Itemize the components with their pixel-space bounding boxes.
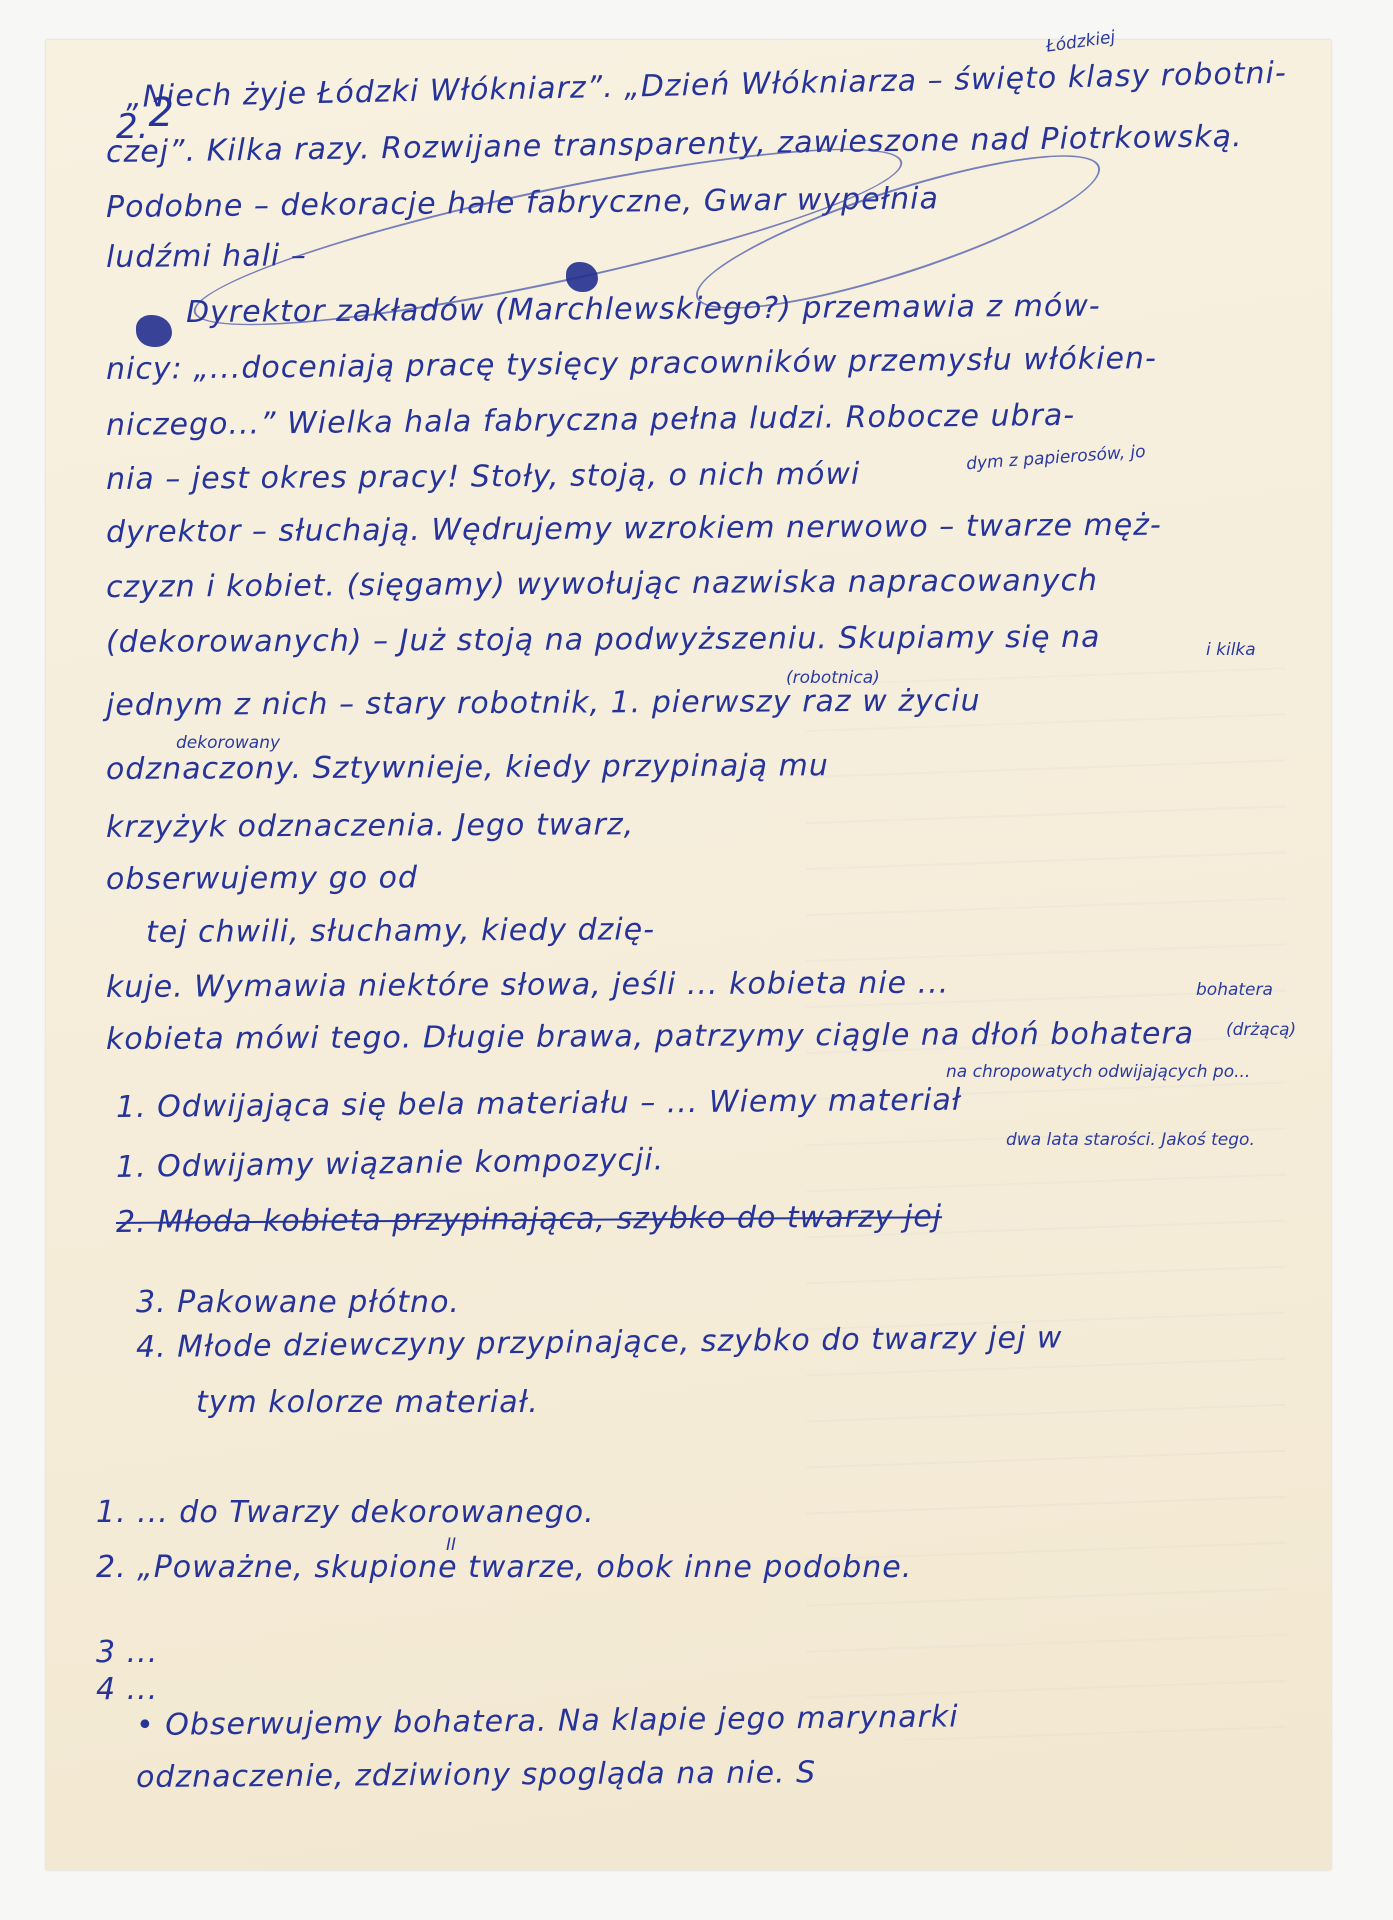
- annotation-insertion: na chropowatych odwijających po...: [946, 1062, 1250, 1082]
- manuscript-line-14: krzyżyk odznaczenia. Jego twarz,: [106, 807, 634, 845]
- manuscript-line-19: 1. Odwijająca się bela materiału – ... W…: [116, 1083, 962, 1125]
- manuscript-line-21: 2. Młoda kobieta przypinająca, szybko do…: [116, 1199, 942, 1240]
- manuscript-line-27: 3 ...: [96, 1635, 158, 1670]
- ink-blot: [566, 262, 598, 292]
- manuscript-line-11: (dekorowanych) – Już stoją na podwyższen…: [106, 620, 1101, 660]
- manuscript-line-30: odznaczenie, zdziwiony spogląda na nie. …: [136, 1755, 816, 1795]
- annotation-insertion: (drżącą): [1226, 1020, 1296, 1040]
- manuscript-line-18: kobieta mówi tego. Długie brawa, patrzym…: [106, 1016, 1194, 1057]
- manuscript-line-16: tej chwili, słuchamy, kiedy dzię-: [146, 912, 655, 950]
- manuscript-line-10: czyzn i kobiet. (sięgamy) wywołując nazw…: [106, 563, 1098, 605]
- manuscript-line-20: 1. Odwijamy wiązanie kompozycji.: [116, 1142, 665, 1185]
- manuscript-line-7: niczego...” Wielka hala fabryczna pełna …: [106, 398, 1075, 443]
- manuscript-line-29: • Obserwujemy bohatera. Na klapie jego m…: [136, 1699, 959, 1743]
- annotation-superscript: bohatera: [1196, 980, 1273, 1000]
- manuscript-line-28: 4 ...: [96, 1672, 158, 1707]
- annotation-insertion: dym z papierosów, jo: [966, 442, 1147, 474]
- manuscript-line-8: nia – jest okres pracy! Stoły, stoją, o …: [106, 457, 861, 497]
- annotation-superscript: i kilka: [1206, 640, 1256, 660]
- manuscript-line-12: jednym z nich – stary robotnik, 1. pierw…: [106, 683, 981, 723]
- manuscript-line-26: 2. „Poważne, skupione twarze, obok inne …: [96, 1550, 912, 1585]
- manuscript-line-15: obserwujemy go od: [106, 860, 418, 897]
- annotation-note: dwa lata starości. Jakoś tego.: [1006, 1130, 1255, 1150]
- manuscript-line-24: tym kolorze materiał.: [196, 1385, 539, 1420]
- manuscript-line-13: odznaczony. Sztywnieje, kiedy przypinają…: [106, 748, 829, 787]
- manuscript-line-17: kuje. Wymawia niektóre słowa, jeśli ... …: [106, 966, 949, 1005]
- manuscript-line-6: nicy: „...doceniają pracę tysięcy pracow…: [106, 341, 1157, 387]
- manuscript-line-9: dyrektor – słuchają. Wędrujemy wzrokiem …: [106, 508, 1162, 550]
- manuscript-line-23: 4. Młode dziewczyny przypinające, szybko…: [136, 1320, 1063, 1365]
- manuscript-line-1: „Niech żyje Łódzki Włókniarz”. „Dzień Wł…: [126, 56, 1287, 115]
- manuscript-line-5: Dyrektor zakładów (Marchlewskiego?) prze…: [186, 289, 1101, 330]
- ink-blot: [136, 315, 172, 347]
- manuscript-line-25: 1. ... do Twarzy dekorowanego.: [96, 1495, 595, 1530]
- annotation-insertion: dekorowany: [176, 733, 280, 753]
- annotation-superscript: Łódzkiej: [1045, 27, 1117, 56]
- manuscript-page: 2.2 Łódzkiej „Niech żyje Łódzki Włókniar…: [46, 40, 1331, 1870]
- manuscript-line-22: 3. Pakowane płótno.: [136, 1285, 460, 1320]
